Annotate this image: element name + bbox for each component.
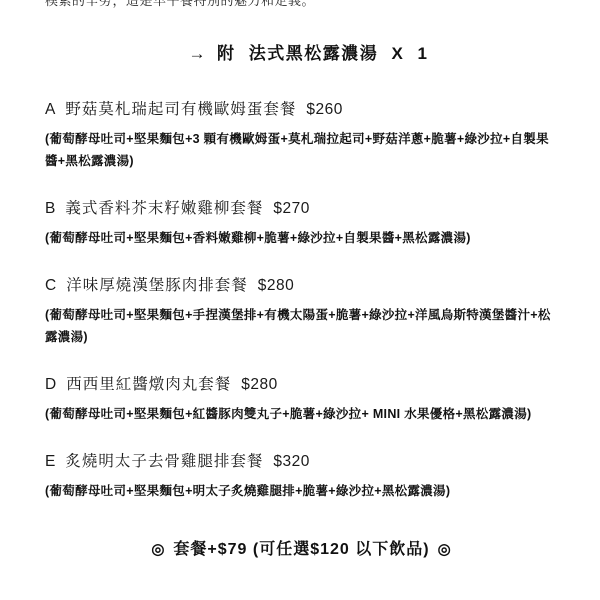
footer-combo-note: ◎套餐+$79 (可任選$120 以下飲品)◎ [45, 536, 558, 559]
item-description: (葡萄酵母吐司+堅果麵包+紅醬豚肉雙丸子+脆薯+綠沙拉+ MINI 水果優格+黑… [45, 403, 558, 425]
menu-content: 樸素的辛勞，這是早午餐特別的魅力和定義。 →附 法式黑松露濃湯 X 1 A野菇莫… [0, 0, 600, 559]
menu-item-heading: E炙燒明太子去骨雞腿排套餐$320 [45, 452, 558, 471]
item-description: (葡萄酵母吐司+堅果麵包+明太子炙燒雞腿排+脆薯+綠沙拉+黑松露濃湯) [45, 480, 558, 502]
menu-item-d: D西西里紅醬燉肉丸套餐$280 (葡萄酵母吐司+堅果麵包+紅醬豚肉雙丸子+脆薯+… [45, 375, 558, 425]
double-circle-icon: ◎ [151, 540, 165, 558]
soup-attachment-note: →附 法式黑松露濃湯 X 1 [45, 39, 558, 64]
double-circle-icon: ◎ [438, 540, 452, 558]
right-arrow-icon: → [189, 44, 208, 64]
item-price: $320 [273, 452, 309, 471]
menu-item-a: A野菇莫札瑞起司有機歐姆蛋套餐$260 (葡萄酵母吐司+堅果麵包+3 顆有機歐姆… [45, 100, 558, 172]
item-price: $260 [306, 100, 342, 119]
item-name: 炙燒明太子去骨雞腿排套餐 [65, 453, 263, 470]
item-name: 義式香料芥末籽嫩雞柳套餐 [65, 200, 263, 217]
intro-text: 樸素的辛勞，這是早午餐特別的魅力和定義。 [45, 0, 558, 9]
menu-item-heading: C洋味厚燒漢堡豚肉排套餐$280 [45, 276, 558, 295]
item-letter: E [45, 452, 56, 471]
menu-page: 樸素的辛勞，這是早午餐特別的魅力和定義。 →附 法式黑松露濃湯 X 1 A野菇莫… [0, 0, 600, 600]
item-price: $280 [258, 276, 294, 295]
item-description: (葡萄酵母吐司+堅果麵包+3 顆有機歐姆蛋+莫札瑞拉起司+野菇洋蔥+脆薯+綠沙拉… [45, 128, 558, 172]
soup-attachment-text: 附 法式黑松露濃湯 X 1 [217, 44, 428, 63]
menu-item-c: C洋味厚燒漢堡豚肉排套餐$280 (葡萄酵母吐司+堅果麵包+手捏漢堡排+有機太陽… [45, 276, 558, 348]
menu-item-b: B義式香料芥末籽嫩雞柳套餐$270 (葡萄酵母吐司+堅果麵包+香料嫩雞柳+脆薯+… [45, 199, 558, 249]
item-letter: D [45, 375, 57, 394]
menu-item-heading: A野菇莫札瑞起司有機歐姆蛋套餐$260 [45, 100, 558, 119]
combo-note-text: 套餐+$79 (可任選$120 以下飲品) [173, 541, 429, 558]
item-description: (葡萄酵母吐司+堅果麵包+手捏漢堡排+有機太陽蛋+脆薯+綠沙拉+洋風烏斯特漢堡醬… [45, 304, 558, 348]
menu-item-heading: D西西里紅醬燉肉丸套餐$280 [45, 375, 558, 394]
item-price: $270 [273, 199, 309, 218]
item-name: 西西里紅醬燉肉丸套餐 [66, 376, 231, 393]
item-name: 野菇莫札瑞起司有機歐姆蛋套餐 [65, 101, 296, 118]
menu-item-e: E炙燒明太子去骨雞腿排套餐$320 (葡萄酵母吐司+堅果麵包+明太子炙燒雞腿排+… [45, 452, 558, 502]
item-name: 洋味厚燒漢堡豚肉排套餐 [66, 277, 248, 294]
menu-item-heading: B義式香料芥末籽嫩雞柳套餐$270 [45, 199, 558, 218]
item-letter: B [45, 199, 56, 218]
item-letter: A [45, 100, 56, 119]
item-description: (葡萄酵母吐司+堅果麵包+香料嫩雞柳+脆薯+綠沙拉+自製果醬+黑松露濃湯) [45, 227, 558, 249]
item-letter: C [45, 276, 57, 295]
item-price: $280 [241, 375, 277, 394]
